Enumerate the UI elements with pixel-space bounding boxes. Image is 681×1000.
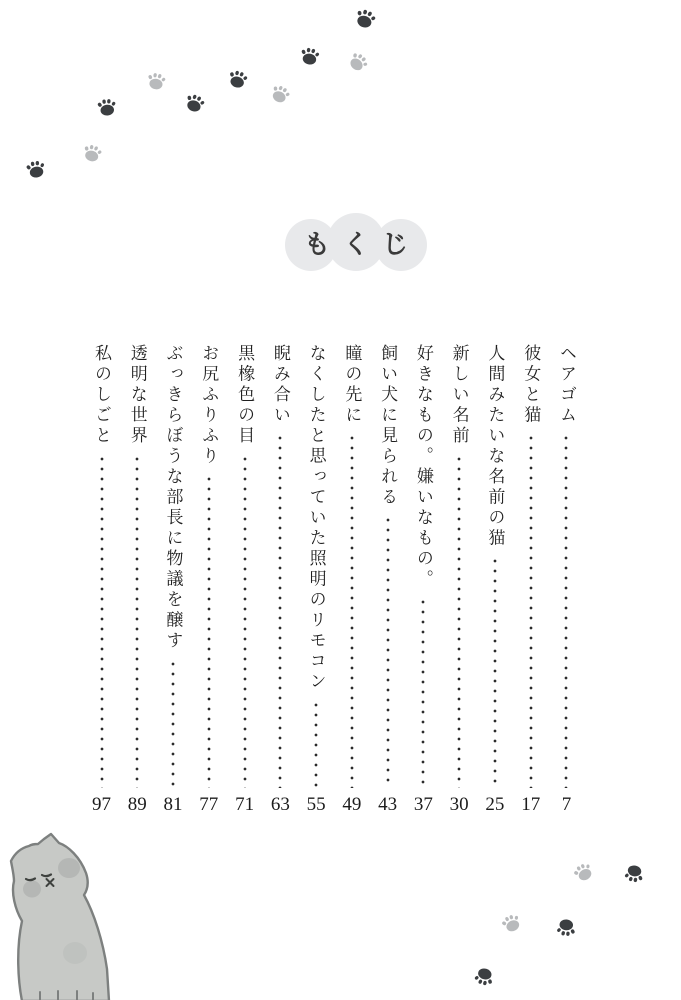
paw-print-icon	[80, 142, 105, 165]
paw-print-icon	[144, 70, 168, 91]
page-number: 43	[378, 794, 397, 816]
chapter-title: ぶっきらぼうな部長に物議を醸す	[165, 344, 182, 652]
dot-leader	[529, 433, 533, 788]
page-number: 89	[128, 794, 147, 816]
table-of-contents: ヘアゴム 7 彼女と猫 17 人間みたいな名前の猫 25 新しい名前 30 好き…	[84, 344, 584, 816]
dot-leader	[171, 659, 175, 789]
dot-leader	[421, 597, 425, 788]
toc-entry: 瞳の先に 49	[334, 344, 369, 816]
page-number: 77	[199, 794, 218, 816]
chapter-title: なくしたと思っていた照明のリモコン	[308, 344, 325, 693]
chapter-title: 透明な世界	[129, 344, 146, 447]
chapter-title: 瞳の先に	[343, 344, 360, 426]
chapter-title: 睨み合い	[272, 344, 289, 426]
toc-entry: 好きなもの。嫌いなもの。 37	[406, 344, 441, 816]
dot-leader	[457, 454, 461, 789]
page-number: 81	[164, 794, 183, 816]
page-number: 49	[342, 794, 361, 816]
paw-print-icon	[182, 91, 209, 115]
chapter-title: 私のしごと	[93, 344, 110, 447]
paw-print-icon	[225, 67, 251, 90]
toc-title-badge: もくじ	[285, 213, 427, 272]
toc-entry: ぶっきらぼうな部長に物議を醸す 81	[156, 344, 191, 816]
chapter-title: 彼女と猫	[522, 344, 539, 426]
page-number: 30	[450, 794, 469, 816]
chapter-title: お尻ふりふり	[200, 344, 217, 467]
page-number: 55	[307, 794, 326, 816]
toc-entry: お尻ふりふり 77	[191, 344, 226, 816]
toc-entry: ヘアゴム 7	[549, 344, 584, 816]
paw-print-icon	[554, 918, 577, 938]
dot-leader	[135, 454, 139, 789]
dot-leader	[386, 515, 390, 788]
sleeping-cat-illustration	[2, 831, 120, 1000]
paw-print-icon	[351, 5, 379, 31]
dot-leader	[350, 433, 354, 788]
chapter-title: 人間みたいな名前の猫	[486, 344, 503, 549]
dot-leader	[493, 556, 497, 788]
paw-print-icon	[298, 45, 323, 67]
paw-print-icon	[95, 97, 118, 117]
dot-leader	[243, 454, 247, 789]
page-number: 63	[271, 794, 290, 816]
dot-leader	[100, 454, 104, 789]
dot-leader	[314, 700, 318, 789]
paw-print-icon	[498, 910, 525, 935]
chapter-title: ヘアゴム	[558, 344, 575, 426]
toc-entry: 新しい名前 30	[442, 344, 477, 816]
paw-print-icon	[24, 158, 49, 180]
paw-print-icon	[622, 863, 647, 885]
paw-print-icon	[471, 965, 497, 988]
chapter-title: 新しい名前	[451, 344, 468, 447]
toc-entry: 人間みたいな名前の猫 25	[477, 344, 512, 816]
toc-entry: 私のしごと 97	[84, 344, 119, 816]
page-number: 25	[485, 794, 504, 816]
page-number: 71	[235, 794, 254, 816]
page-number: 37	[414, 794, 433, 816]
toc-entry: 睨み合い 63	[263, 344, 298, 816]
paw-print-icon	[569, 859, 596, 885]
dot-leader	[564, 433, 568, 788]
dot-leader	[278, 433, 282, 788]
page-title: もくじ	[285, 213, 427, 272]
toc-entry: 彼女と猫 17	[513, 344, 548, 816]
page-number: 7	[562, 794, 572, 816]
chapter-title: 好きなもの。嫌いなもの。	[415, 344, 432, 590]
chapter-title: 飼い犬に見られる	[379, 344, 396, 508]
toc-entry: 透明な世界 89	[120, 344, 155, 816]
page-number: 97	[92, 794, 111, 816]
dot-leader	[207, 474, 211, 788]
paw-print-icon	[267, 81, 294, 106]
page-number: 17	[521, 794, 540, 816]
paw-print-icon	[344, 48, 372, 75]
toc-entry: 飼い犬に見られる 43	[370, 344, 405, 816]
chapter-title: 黒橡色の目	[236, 344, 253, 447]
toc-entry: 黒橡色の目 71	[227, 344, 262, 816]
book-toc-page: もくじ ヘアゴム 7 彼女と猫 17 人間みたいな名前の猫 25 新しい名前 3…	[0, 0, 681, 1000]
toc-entry: なくしたと思っていた照明のリモコン 55	[299, 344, 334, 816]
